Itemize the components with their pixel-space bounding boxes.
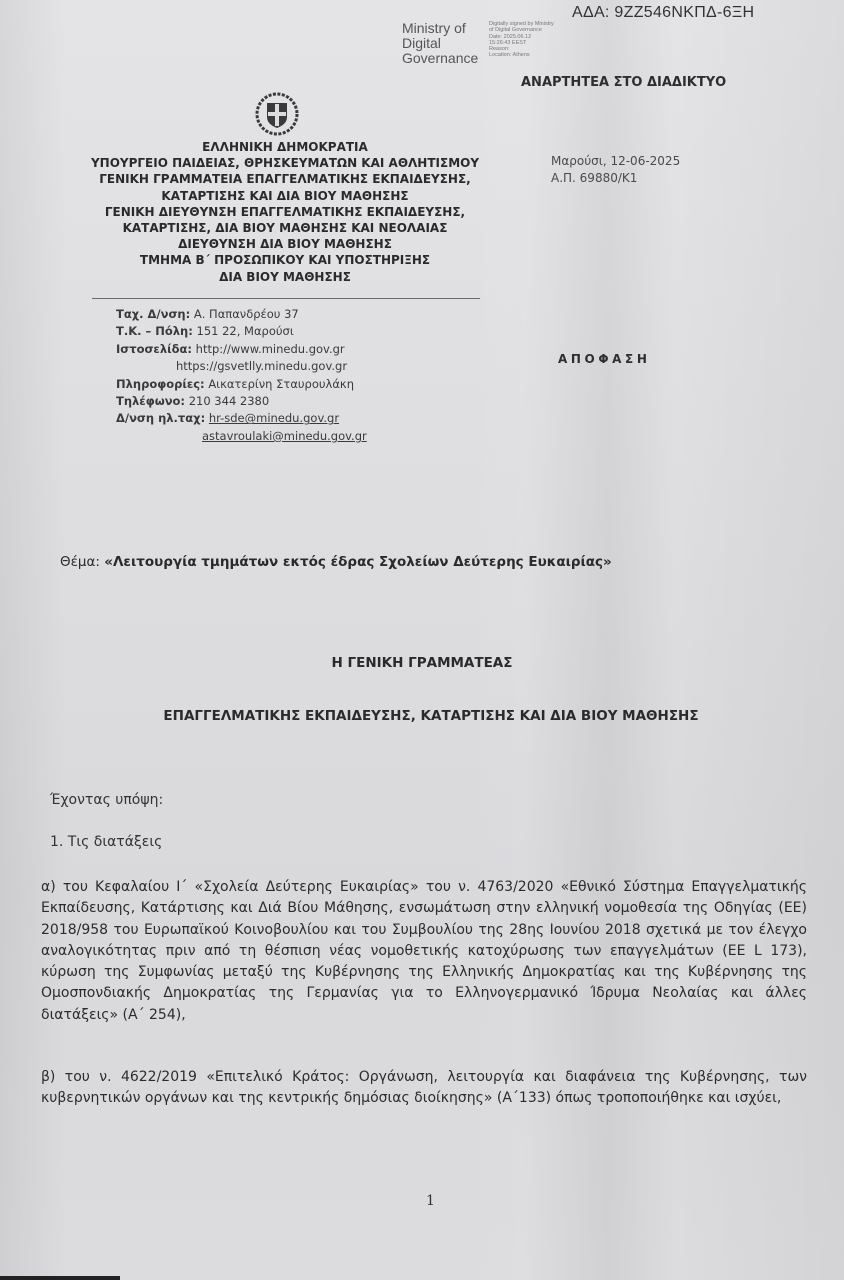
contact-info: Πληροφορίες: Αικατερίνη Σταυρουλάκη [116, 376, 367, 393]
contact-website-2: https://gsvetlly.minedu.gov.gr [116, 358, 367, 375]
email-link[interactable]: astavroulaki@minedu.gov.gr [202, 429, 367, 443]
subject-value: «Λειτουργία τμημάτων εκτός έδρας Σχολείω… [104, 554, 612, 570]
contact-label: Δ/νση ηλ.ταχ: [116, 411, 205, 425]
paragraph-b: β) του ν. 4622/2019 «Επιτελικό Κράτος: Ο… [41, 1067, 807, 1110]
header-line: ΥΠΟΥΡΓΕΙΟ ΠΑΙΔΕΙΑΣ, ΘΡΗΣΚΕΥΜΑΤΩΝ ΚΑΙ ΑΘΛ… [80, 155, 490, 171]
website-link[interactable]: http://www.minedu.gov.gr [196, 342, 345, 356]
issuer-title-continued: ΕΠΑΓΓΕΛΜΑΤΙΚΗΣ ΕΚΠΑΙΔΕΥΣΗΣ, ΚΑΤΑΡΤΙΣΗΣ Κ… [0, 708, 844, 724]
list-item-1: 1. Τις διατάξεις [50, 834, 162, 850]
considering-heading: Έχοντας υπόψη: [50, 792, 163, 808]
contact-label: Πληροφορίες: [116, 377, 205, 391]
paragraph-a: α) του Κεφαλαίου Ι΄ «Σχολεία Δεύτερης Ευ… [41, 877, 807, 1026]
contact-label: Τηλέφωνο: [116, 394, 185, 408]
contact-value: Α. Παπανδρέου 37 [194, 307, 299, 321]
header-line: ΤΜΗΜΑ Β΄ ΠΡΟΣΩΠΙΚΟΥ ΚΑΙ ΥΠΟΣΤΗΡΙΞΗΣ [80, 252, 490, 268]
subject-label: Θέμα: [60, 554, 100, 570]
header-line: ΓΕΝΙΚΗ ΔΙΕΥΘΥΝΣΗ ΕΠΑΓΓΕΛΜΑΤΙΚΗΣ ΕΚΠΑΙΔΕΥ… [80, 204, 490, 220]
issuer-title: Η ΓΕΝΙΚΗ ΓΡΑΜΜΑΤΕΑΣ [0, 655, 844, 671]
header-line: ΔΙΑ ΒΙΟΥ ΜΑΘΗΣΗΣ [80, 269, 490, 285]
contact-address: Ταχ. Δ/νση: Α. Παπανδρέου 37 [116, 306, 367, 323]
signature-issuer-line: Governance [402, 51, 478, 66]
signature-issuer-line: Ministry of [402, 21, 478, 36]
subject-line: Θέμα: «Λειτουργία τμημάτων εκτός έδρας Σ… [60, 554, 612, 570]
greek-coat-of-arms-icon [254, 91, 300, 137]
header-line: ΔΙΕΥΘΥΝΣΗ ΔΙΑ ΒΙΟΥ ΜΑΘΗΣΗΣ [80, 236, 490, 252]
signature-issuer: Ministry of Digital Governance [402, 21, 478, 66]
photo-edge-shadow [0, 1276, 120, 1280]
contact-email-2: astavroulaki@minedu.gov.gr [116, 428, 367, 445]
contact-value: Αικατερίνη Σταυρουλάκη [208, 377, 354, 391]
contact-value: 151 22, Μαρούσι [197, 324, 294, 338]
email-link[interactable]: hr-sde@minedu.gov.gr [209, 411, 339, 425]
contact-label: Ταχ. Δ/νση: [116, 307, 190, 321]
website-link[interactable]: https://gsvetlly.minedu.gov.gr [176, 359, 347, 373]
header-divider [92, 298, 480, 299]
header-line: ΓΕΝΙΚΗ ΓΡΑΜΜΑΤΕΙΑ ΕΠΑΓΓΕΛΜΑΤΙΚΗΣ ΕΚΠΑΙΔΕ… [80, 171, 490, 187]
protocol-number: Α.Π. 69880/Κ1 [551, 170, 680, 187]
document-page: ΑΔΑ: 9ΖΖ546ΝΚΠΔ-6ΞΗ Ministry of Digital … [0, 0, 844, 1280]
contact-email: Δ/νση ηλ.ταχ: hr-sde@minedu.gov.gr [116, 410, 367, 427]
page-number: 1 [426, 1193, 435, 1209]
digital-signature-details: Digitally signed by Ministry of Digital … [489, 21, 554, 59]
contact-value: 210 344 2380 [189, 394, 269, 408]
signature-issuer-line: Digital [402, 36, 478, 51]
publish-notice: ΑΝΑΡΤΗΤΕΑ ΣΤΟ ΔΙΑΔΙΚΤΥΟ [521, 75, 726, 90]
contact-details: Ταχ. Δ/νση: Α. Παπανδρέου 37 Τ.Κ. – Πόλη… [116, 306, 367, 445]
contact-website: Ιστοσελίδα: http://www.minedu.gov.gr [116, 341, 367, 358]
signature-detail: Location: Athens [489, 52, 554, 58]
contact-postcode: Τ.Κ. – Πόλη: 151 22, Μαρούσι [116, 323, 367, 340]
date-protocol-block: Μαρούσι, 12-06-2025 Α.Π. 69880/Κ1 [551, 153, 680, 187]
header-line: ΕΛΛΗΝΙΚΗ ΔΗΜΟΚΡΑΤΙΑ [80, 139, 490, 155]
ada-code: ΑΔΑ: 9ΖΖ546ΝΚΠΔ-6ΞΗ [572, 4, 754, 22]
place-date: Μαρούσι, 12-06-2025 [551, 153, 680, 170]
header-line: ΚΑΤΑΡΤΙΣΗΣ ΚΑΙ ΔΙΑ ΒΙΟΥ ΜΑΘΗΣΗΣ [80, 188, 490, 204]
contact-label: Τ.Κ. – Πόλη: [116, 324, 193, 338]
header-line: ΚΑΤΑΡΤΙΣΗΣ, ΔΙΑ ΒΙΟΥ ΜΑΘΗΣΗΣ ΚΑΙ ΝΕΟΛΑΙΑ… [80, 220, 490, 236]
decision-title: ΑΠΟΦΑΣΗ [558, 352, 650, 366]
contact-label: Ιστοσελίδα: [116, 342, 192, 356]
issuing-authority-header: ΕΛΛΗΝΙΚΗ ΔΗΜΟΚΡΑΤΙΑ ΥΠΟΥΡΓΕΙΟ ΠΑΙΔΕΙΑΣ, … [80, 139, 490, 285]
contact-phone: Τηλέφωνο: 210 344 2380 [116, 393, 367, 410]
